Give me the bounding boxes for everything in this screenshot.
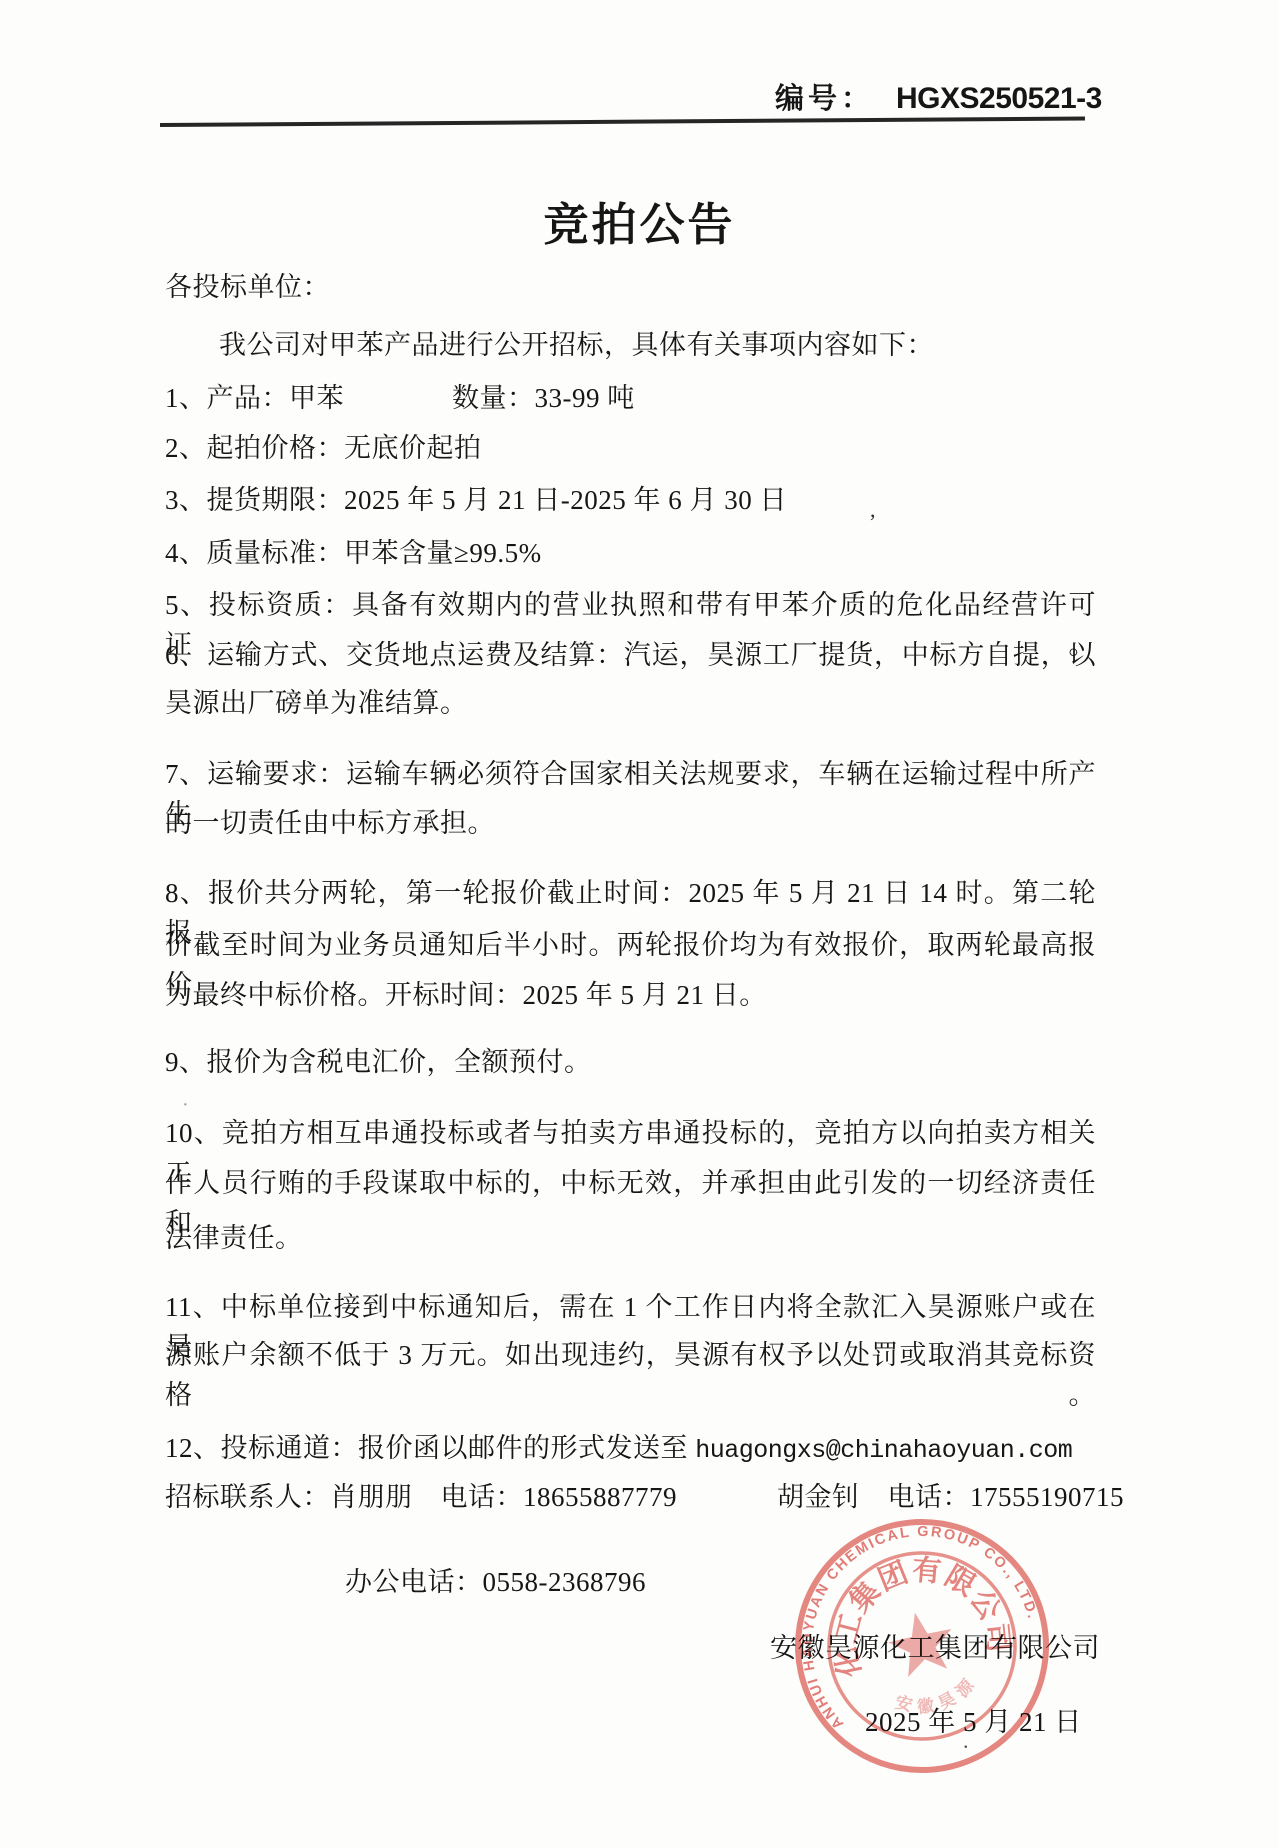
item-4: 4、质量标准：甲苯含量≥99.5% (165, 533, 542, 573)
contact-1-phone: 18655887779 (523, 1482, 677, 1512)
contact-2-name: 胡金钊 (777, 1482, 860, 1512)
scanned-auction-notice: 编号： HGXS250521-3 竞拍公告 各投标单位： 我公司对甲苯产品进行公… (0, 0, 1279, 1848)
item-1-product: 1、产品：甲苯 (165, 383, 344, 413)
item-9: 9、报价为含税电汇价，全额预付。 (165, 1042, 592, 1082)
item-1-quantity: 数量：33-99 吨 (452, 383, 635, 413)
office-phone-number: 0558-2368796 (483, 1567, 647, 1597)
item-12-label: 12、投标通道：报价函以邮件的形式发送至 (165, 1433, 695, 1463)
svg-text:ANHUI HAOYUAN CHEMICAL GROUP C: ANHUI HAOYUAN CHEMICAL GROUP CO., LTD. (777, 1501, 1055, 1736)
contact-1-phone-label: 电话： (441, 1482, 524, 1512)
salutation: 各投标单位： (165, 267, 330, 307)
item-10-line-3: 法律责任。 (165, 1218, 303, 1258)
signature-date: 2025 年 5 月 21 日 (865, 1702, 1082, 1742)
item-6-line-2: 昊源出厂磅单为准结算。 (165, 683, 468, 723)
item-1: 1、产品：甲苯数量：33-99 吨 (165, 378, 635, 418)
item-8-line-3: 为最终中标价格。开标时间：2025 年 5 月 21 日。 (165, 975, 767, 1015)
header-divider-line (160, 117, 1085, 127)
page-title: 竞拍公告 (0, 188, 1279, 253)
contact-1-name: 肖朋朋 (330, 1482, 413, 1512)
contact-2-phone: 17555190715 (970, 1482, 1124, 1512)
signature-company: 安徽昊源化工集团有限公司 (770, 1628, 1100, 1668)
scan-artifact-dot-bottom: . (963, 1728, 969, 1754)
scan-artifact-dot-left: · (182, 1094, 189, 1117)
item-2: 2、起拍价格：无底价起拍 (165, 428, 482, 468)
contacts-line: 招标联系人：肖朋朋电话：18655887779胡金钊电话：17555190715 (165, 1477, 1124, 1517)
item-11-line-2: 源账户余额不低于 3 万元。如出现违约，昊源有权予以处罚或取消其竞标资格。 (165, 1335, 1096, 1415)
item-3: 3、提货期限：2025 年 5 月 21 日-2025 年 6 月 30 日 (165, 480, 787, 520)
doc-ref-value: HGXS250521-3 (896, 82, 1102, 116)
scan-artifact-comma: , (870, 497, 876, 523)
seal-latin-text: ANHUI HAOYUAN CHEMICAL GROUP CO., LTD. (777, 1501, 1055, 1736)
office-phone-line: 办公电话：0558-2368796 (345, 1562, 646, 1602)
contacts-label: 招标联系人： (165, 1482, 330, 1512)
bid-email-address: huagongxs@chinahaoyuan.com (695, 1436, 1072, 1465)
contact-2-phone-label: 电话： (888, 1482, 971, 1512)
doc-ref-label: 编号： (775, 76, 874, 117)
item-6-line-1: 6、运输方式、交货地点运费及结算：汽运，昊源工厂提货，中标方自提，以 (165, 635, 1096, 675)
intro-paragraph: 我公司对甲苯产品进行公开招标，具体有关事项内容如下： (219, 325, 934, 365)
item-12: 12、投标通道：报价函以邮件的形式发送至 huagongxs@chinahaoy… (165, 1428, 1072, 1471)
item-10-line-2: 作人员行贿的手段谋取中标的，中标无效，并承担由此引发的一切经济责任和 (165, 1163, 1096, 1243)
item-7-line-2: 的一切责任由中标方承担。 (165, 803, 495, 843)
office-phone-label: 办公电话： (345, 1567, 483, 1597)
doc-ref-row: 编号： HGXS250521-3 (775, 76, 1102, 117)
